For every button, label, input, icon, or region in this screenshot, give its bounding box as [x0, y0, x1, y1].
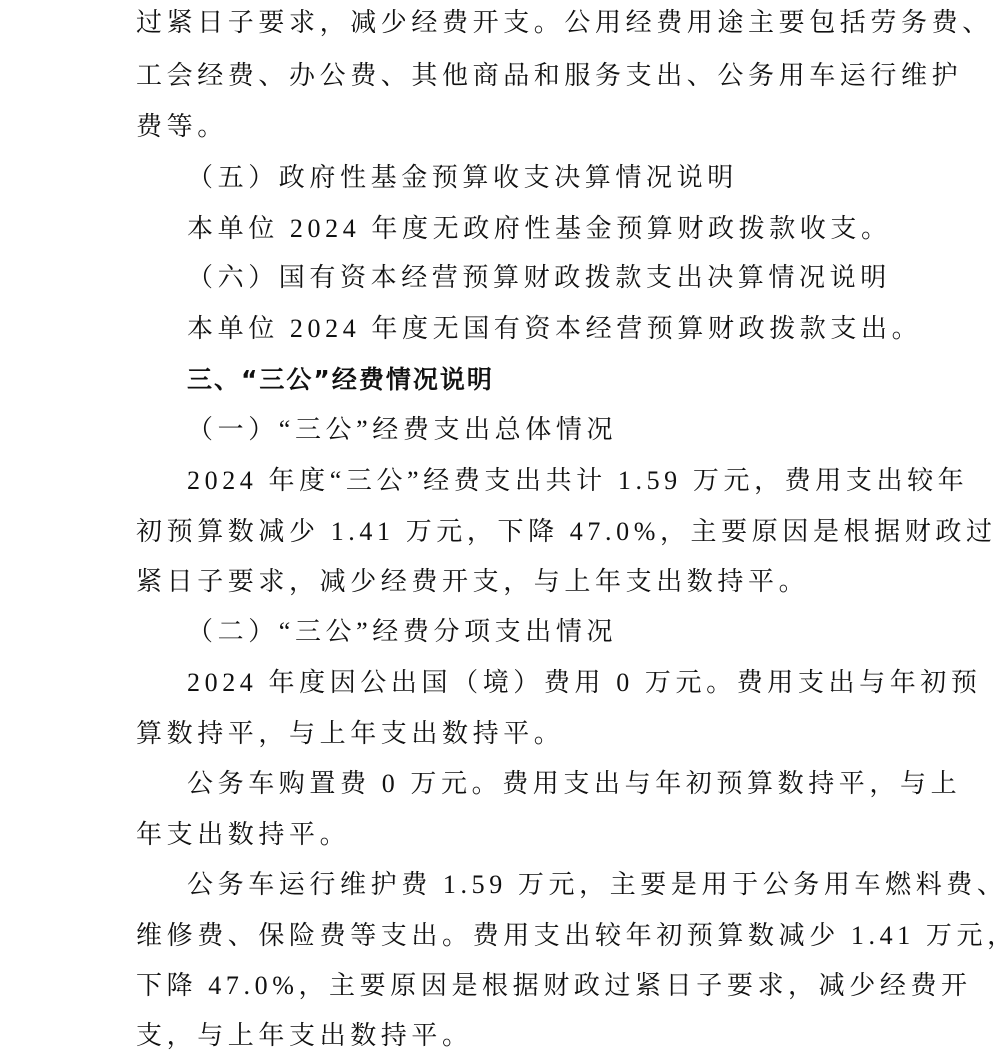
paragraph-line: 支，与上年支出数持平。 — [136, 1021, 473, 1051]
paragraph-line: 维修费、保险费等支出。费用支出较年初预算数减少 1.41 万元， — [136, 921, 1000, 951]
paragraph-line: 本单位 2024 年度无政府性基金预算财政拨款收支。 — [187, 214, 892, 244]
paragraph-line: 2024 年度“三公”经费支出共计 1.59 万元，费用支出较年 — [187, 466, 968, 496]
subheading-one-overall: （一）“三公”经费支出总体情况 — [187, 415, 617, 445]
paragraph-line: 费等。 — [136, 112, 228, 142]
paragraph-line: 紧日子要求，减少经费开支，与上年支出数持平。 — [136, 567, 809, 597]
subheading-five-government-fund: （五）政府性基金预算收支决算情况说明 — [187, 163, 738, 193]
paragraph-line: 本单位 2024 年度无国有资本经营预算财政拨款支出。 — [187, 314, 922, 344]
subheading-six-state-capital: （六）国有资本经营预算财政拨款支出决算情况说明 — [187, 263, 891, 293]
paragraph-line: 过紧日子要求，减少经费开支。公用经费用途主要包括劳务费、 — [136, 8, 993, 38]
paragraph-line: 下降 47.0%，主要原因是根据财政过紧日子要求，减少经费开 — [136, 971, 972, 1001]
subheading-two-itemized: （二）“三公”经费分项支出情况 — [187, 617, 617, 647]
paragraph-line: 算数持平，与上年支出数持平。 — [136, 719, 564, 749]
paragraph-line: 2024 年度因公出国（境）费用 0 万元。费用支出与年初预 — [187, 668, 982, 698]
paragraph-line: 初预算数减少 1.41 万元，下降 47.0%，主要原因是根据财政过 — [136, 517, 997, 547]
section-heading-three-public: 三、“三公”经费情况说明 — [187, 365, 494, 395]
paragraph-line: 年支出数持平。 — [136, 820, 350, 850]
paragraph-line: 公务车购置费 0 万元。费用支出与年初预算数持平，与上 — [187, 769, 961, 799]
paragraph-line: 工会经费、办公费、其他商品和服务支出、公务用车运行维护 — [136, 61, 962, 91]
document-page: 过紧日子要求，减少经费开支。公用经费用途主要包括劳务费、 工会经费、办公费、其他… — [0, 0, 1000, 1059]
paragraph-line: 公务车运行维护费 1.59 万元，主要是用于公务用车燃料费、 — [187, 870, 1000, 900]
